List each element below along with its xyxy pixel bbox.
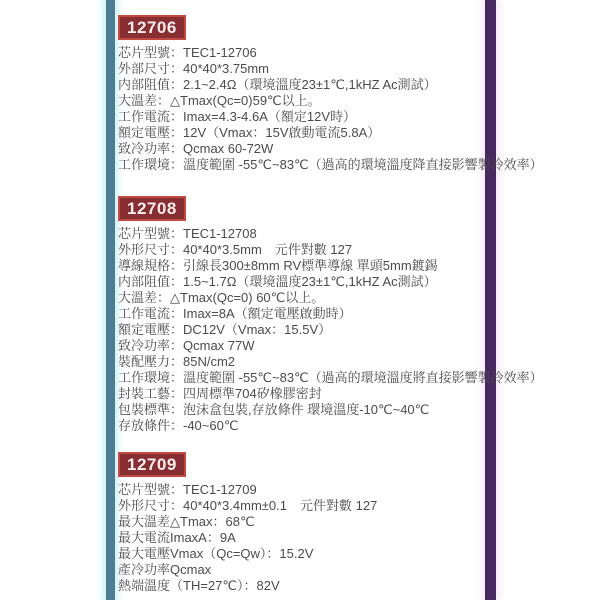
- spec-line-working-current: 工作電流：Imax=8A（額定電壓啟動時）: [118, 306, 480, 322]
- spec-line-outer-size: 外形尺寸：40*40*3.4mm±0.1 元件對數 127: [118, 498, 480, 514]
- spec-line-rated-voltage: 額定電壓：DC12V（Vmax：15.5V）: [118, 322, 480, 338]
- spec-line-outer-size: 外部尺寸：40*40*3.75mm: [118, 61, 480, 77]
- spec-line-assembly-pressure: 裝配壓力：85N/cm2: [118, 354, 480, 370]
- spec-line-storage-condition: 存放條件：-40~60℃: [118, 418, 480, 434]
- spec-line-wire-spec: 導線規格：引線長300±8mm RV標準導線 單頭5mm鍍錫: [118, 258, 480, 274]
- spec-line-cooling-power: 致冷功率：Qcmax 60-72W: [118, 141, 480, 157]
- spec-line-internal-resistance: 内部阻值：1.5~1.7Ω（環境溫度23±1℃,1kHZ Ac測試）: [118, 274, 480, 290]
- left-accent-bar: [106, 0, 115, 600]
- model-badge-12708: 12708: [118, 196, 186, 221]
- spec-line-max-temp-diff: 最大溫差△Tmax：68℃: [118, 514, 480, 530]
- spec-line-max-voltage: 最大電壓Vmax（Qc=Qw）：15.2V: [118, 546, 480, 562]
- spec-section-12706: 12706 芯片型號：TEC1-12706 外部尺寸：40*40*3.75mm …: [118, 15, 480, 173]
- spec-line-internal-resistance: 内部阻值：2.1~2.4Ω（環境溫度23±1℃,1kHZ Ac測試）: [118, 77, 480, 93]
- spec-line-max-temp-diff: 大溫差：△Tmax(Qc=0)59℃以上。: [118, 93, 480, 109]
- spec-section-12708: 12708 芯片型號：TEC1-12708 外形尺寸：40*40*3.5mm 元…: [118, 196, 480, 434]
- spec-line-working-environment: 工作環境：溫度範圍 -55℃~83℃（過高的環境溫度降直接影響製冷效率）: [118, 157, 480, 173]
- right-accent-bar: [485, 0, 496, 600]
- spec-line-working-current: 工作電流：Imax=4.3-4.6A（額定12V時）: [118, 109, 480, 125]
- model-badge-12709: 12709: [118, 452, 186, 477]
- spec-line-max-temp-diff: 大溫差：△Tmax(Qc=0) 60℃以上。: [118, 290, 480, 306]
- spec-line-chip-model: 芯片型號：TEC1-12709: [118, 482, 480, 498]
- spec-line-cooling-power: 致冷功率：Qcmax 77W: [118, 338, 480, 354]
- spec-line-hot-side-temp: 熱端溫度（TH=27℃）：82V: [118, 578, 480, 594]
- spec-section-12709: 12709 芯片型號：TEC1-12709 外形尺寸：40*40*3.4mm±0…: [118, 452, 480, 594]
- spec-line-rated-voltage: 額定電壓：12V（Vmax：15V啟動電流5.8A）: [118, 125, 480, 141]
- spec-line-working-environment: 工作環境：溫度範圍 -55℃~83℃（過高的環境溫度將直接影響製冷效率）: [118, 370, 480, 386]
- spec-line-chip-model: 芯片型號：TEC1-12706: [118, 45, 480, 61]
- model-badge-12706: 12706: [118, 15, 186, 40]
- spec-line-packaging-process: 封裝工藝：四周標準704矽橡膠密封: [118, 386, 480, 402]
- spec-line-max-current: 最大電流ImaxA：9A: [118, 530, 480, 546]
- spec-line-outer-size: 外形尺寸：40*40*3.5mm 元件對數 127: [118, 242, 480, 258]
- spec-line-cooling-power: 產冷功率Qcmax: [118, 562, 480, 578]
- page: { "colors": { "left_bar": "#4e7c92", "ri…: [0, 0, 600, 600]
- spec-line-chip-model: 芯片型號：TEC1-12708: [118, 226, 480, 242]
- spec-line-packing-standard: 包裝標準：泡沫盒包裝,存放條件 環境溫度-10℃~40℃: [118, 402, 480, 418]
